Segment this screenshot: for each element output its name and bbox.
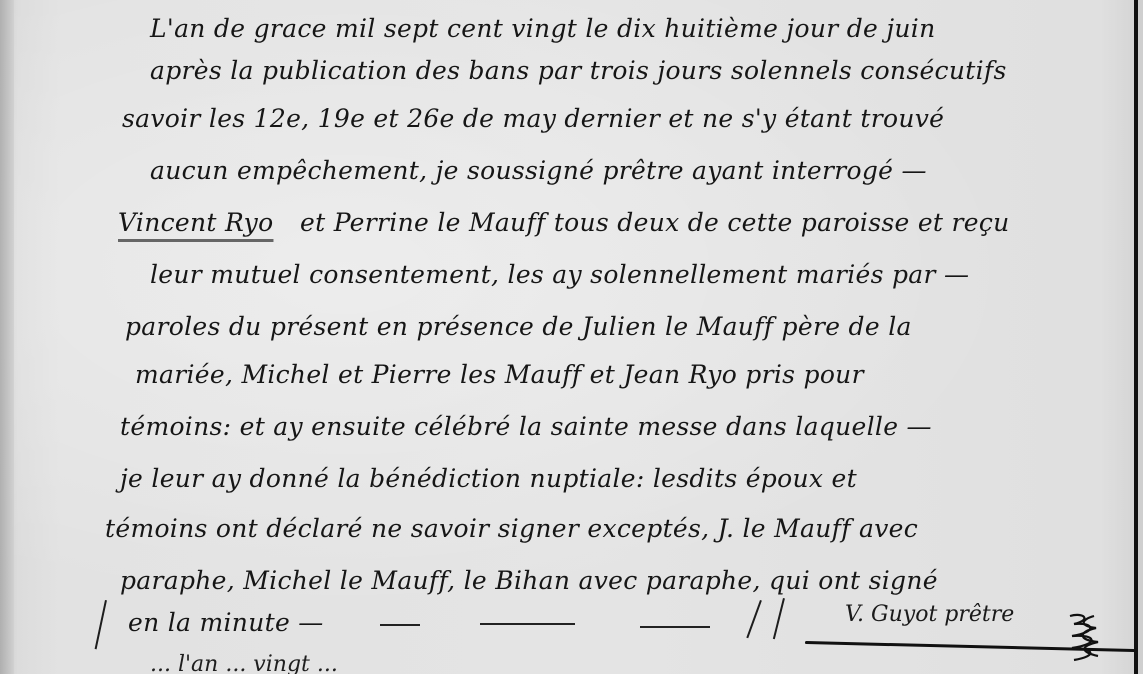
- paraph-flourish-icon: [1064, 612, 1102, 662]
- text-line-3: savoir les 12e, 19e et 26e de may dernie…: [122, 104, 944, 133]
- text-line-1: L'an de grace mil sept cent vingt le dix…: [150, 14, 936, 43]
- text-line-13: en la minute —: [128, 608, 324, 637]
- text-line-9: témoins: et ay ensuite célébré la sainte…: [120, 412, 932, 441]
- priest-signature: V. Guyot prêtre: [845, 602, 1014, 627]
- page-right-edge: [1138, 0, 1143, 674]
- text-line-2: après la publication des bans par trois …: [150, 56, 1007, 85]
- filler-dash: [640, 626, 710, 628]
- text-line-10: je leur ay donné la bénédiction nuptiale…: [120, 464, 857, 493]
- text-line-12: paraphe, Michel le Mauff, le Bihan avec …: [120, 566, 938, 595]
- text-line-5-rest: et Perrine le Mauff tous deux de cette p…: [300, 208, 1010, 237]
- manuscript-page: L'an de grace mil sept cent vingt le dix…: [0, 0, 1143, 674]
- text-line-4: aucun empêchement, je soussigné prêtre a…: [150, 156, 927, 185]
- page-left-edge: [0, 0, 14, 674]
- next-entry-cut-off: ... l'an ... vingt ...: [150, 652, 338, 674]
- filler-dash: [380, 624, 420, 626]
- pen-stroke: [746, 600, 762, 638]
- pen-stroke: [95, 600, 107, 649]
- text-line-8: mariée, Michel et Pierre les Mauff et Je…: [135, 360, 864, 389]
- text-line-6: leur mutuel consentement, les ay solenne…: [150, 260, 969, 289]
- text-line-7: paroles du présent en présence de Julien…: [125, 312, 912, 341]
- filler-dash: [480, 623, 575, 625]
- bride-and-parish: et Perrine le Mauff tous deux de cette p…: [300, 208, 1010, 237]
- text-line-11: témoins ont déclaré ne savoir signer exc…: [105, 514, 918, 543]
- groom-name: Vincent Ryo: [118, 208, 273, 237]
- pen-stroke: [773, 598, 785, 639]
- text-line-5: Vincent Ryo: [118, 208, 273, 237]
